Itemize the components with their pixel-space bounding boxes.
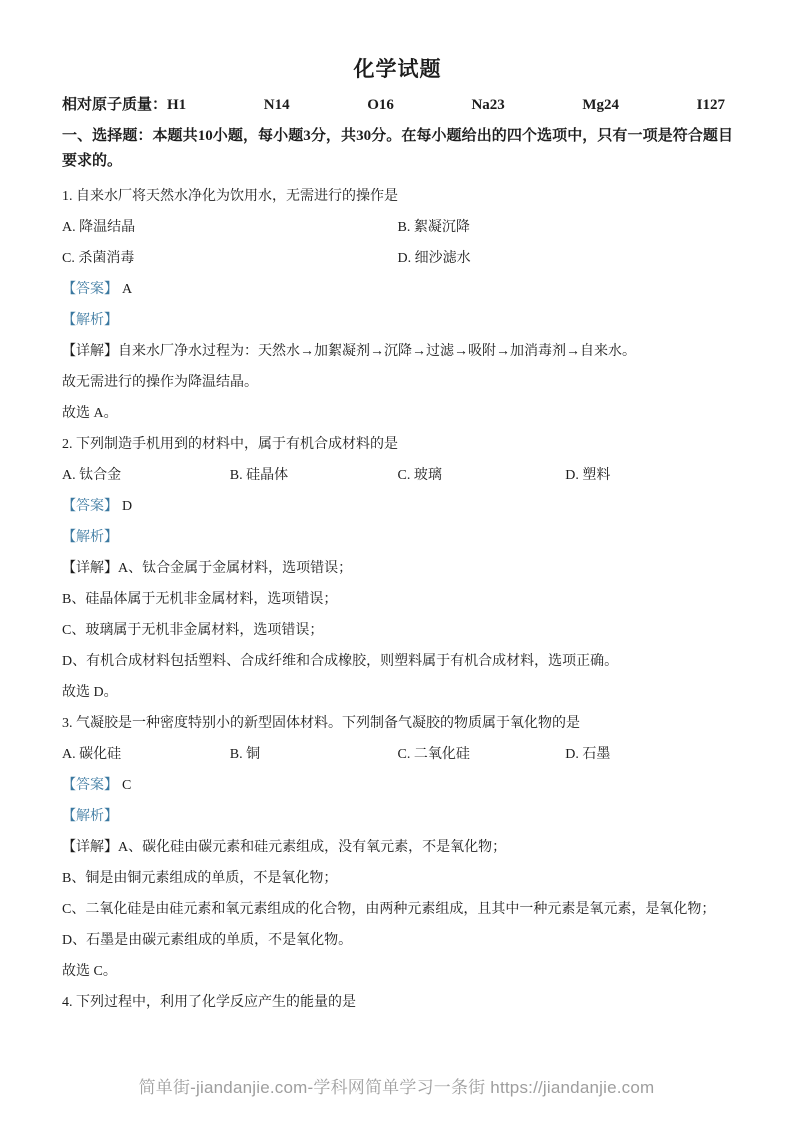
question-block-3: 3. 气凝胶是一种密度特别小的新型固体材料。下列制备气凝胶的物质属于氧化物的是 …	[62, 714, 733, 981]
answer-value: A	[122, 282, 132, 297]
detail-paragraph: 故无需进行的操作为降温结晶。	[62, 373, 733, 392]
option-b: B. 铜	[230, 745, 398, 764]
analysis-line: 【解析】	[62, 807, 733, 826]
options-grid: A. 钛合金 B. 硅晶体 C. 玻璃 D. 塑料	[62, 466, 733, 485]
answer-value: C	[122, 778, 131, 793]
atomic-mass-I: I127	[697, 96, 725, 115]
option-c: C. 玻璃	[398, 466, 566, 485]
answer-bracket-label: 【答案】	[62, 499, 118, 514]
detail-paragraph: 【详解】自来水厂净水过程为：天然水→加絮凝剂→沉降→过滤→吸附→加消毒剂→自来水…	[62, 342, 733, 361]
detail-paragraph: 故选 C。	[62, 962, 733, 981]
atomic-masses-label: 相对原子质量：	[62, 96, 167, 115]
atomic-masses-row: 相对原子质量： H1 N14 O16 Na23 Mg24 I127	[62, 96, 733, 115]
atomic-mass-H: H1	[167, 96, 186, 115]
detail-paragraph: 【详解】A、碳化硅由碳元素和硅元素组成，没有氧元素，不是氧化物；	[62, 838, 733, 857]
page-title: 化学试题	[62, 56, 733, 82]
detail-paragraph: B、硅晶体属于无机非金属材料，选项错误；	[62, 590, 733, 609]
option-a: A. 碳化硅	[62, 745, 230, 764]
section-heading: 一、选择题：本题共10小题，每小题3分，共30分。在每小题给出的四个选项中，只有…	[62, 124, 733, 174]
option-d: D. 细沙滤水	[398, 249, 734, 268]
detail-paragraph: B、铜是由铜元素组成的单质，不是氧化物；	[62, 869, 733, 888]
detail-paragraph: 故选 A。	[62, 404, 733, 423]
option-b: B. 絮凝沉降	[398, 218, 734, 237]
options-grid: A. 降温结晶 B. 絮凝沉降 C. 杀菌消毒 D. 细沙滤水	[62, 218, 733, 268]
detail-paragraph: 【详解】A、钛合金属于金属材料，选项错误；	[62, 559, 733, 578]
atomic-mass-N: N14	[264, 96, 290, 115]
detail-paragraph: D、石墨是由碳元素组成的单质，不是氧化物。	[62, 931, 733, 950]
option-b: B. 硅晶体	[230, 466, 398, 485]
analysis-bracket-label: 【解析】	[62, 809, 118, 824]
analysis-line: 【解析】	[62, 528, 733, 547]
document-page: 化学试题 相对原子质量： H1 N14 O16 Na23 Mg24 I127 一…	[0, 0, 793, 1012]
question-block-2: 2. 下列制造手机用到的材料中，属于有机合成材料的是 A. 钛合金 B. 硅晶体…	[62, 435, 733, 702]
answer-line: 【答案】C	[62, 776, 733, 795]
atomic-mass-Mg: Mg24	[582, 96, 619, 115]
answer-bracket-label: 【答案】	[62, 282, 118, 297]
question-stem: 2. 下列制造手机用到的材料中，属于有机合成材料的是	[62, 435, 733, 454]
answer-line: 【答案】A	[62, 280, 733, 299]
options-grid: A. 碳化硅 B. 铜 C. 二氧化硅 D. 石墨	[62, 745, 733, 764]
footer-watermark-text: 简单街-jiandanjie.com-学科网简单学习一条街 https://ji…	[139, 1078, 655, 1097]
atomic-masses-list: H1 N14 O16 Na23 Mg24 I127	[167, 96, 733, 115]
option-c: C. 二氧化硅	[398, 745, 566, 764]
analysis-bracket-label: 【解析】	[62, 530, 118, 545]
atomic-mass-O: O16	[367, 96, 394, 115]
detail-paragraph: C、玻璃属于无机非金属材料，选项错误；	[62, 621, 733, 640]
analysis-bracket-label: 【解析】	[62, 313, 118, 328]
answer-line: 【答案】D	[62, 497, 733, 516]
analysis-line: 【解析】	[62, 311, 733, 330]
detail-paragraph: 故选 D。	[62, 683, 733, 702]
question-stem: 1. 自来水厂将天然水净化为饮用水，无需进行的操作是	[62, 187, 733, 206]
answer-value: D	[122, 499, 132, 514]
atomic-mass-Na: Na23	[471, 96, 504, 115]
detail-paragraph: D、有机合成材料包括塑料、合成纤维和合成橡胶，则塑料属于有机合成材料，选项正确。	[62, 652, 733, 671]
option-a: A. 钛合金	[62, 466, 230, 485]
question-block-4: 4. 下列过程中，利用了化学反应产生的能量的是	[62, 993, 733, 1012]
question-stem: 4. 下列过程中，利用了化学反应产生的能量的是	[62, 993, 733, 1012]
detail-paragraph: C、二氧化硅是由硅元素和氧元素组成的化合物，由两种元素组成，且其中一种元素是氧元…	[62, 900, 733, 919]
question-block-1: 1. 自来水厂将天然水净化为饮用水，无需进行的操作是 A. 降温结晶 B. 絮凝…	[62, 187, 733, 423]
option-a: A. 降温结晶	[62, 218, 398, 237]
option-d: D. 石墨	[565, 745, 733, 764]
question-stem: 3. 气凝胶是一种密度特别小的新型固体材料。下列制备气凝胶的物质属于氧化物的是	[62, 714, 733, 733]
answer-bracket-label: 【答案】	[62, 778, 118, 793]
option-c: C. 杀菌消毒	[62, 249, 398, 268]
page-footer: 简单街-jiandanjie.com-学科网简单学习一条街 https://ji…	[0, 1073, 793, 1098]
option-d: D. 塑料	[565, 466, 733, 485]
